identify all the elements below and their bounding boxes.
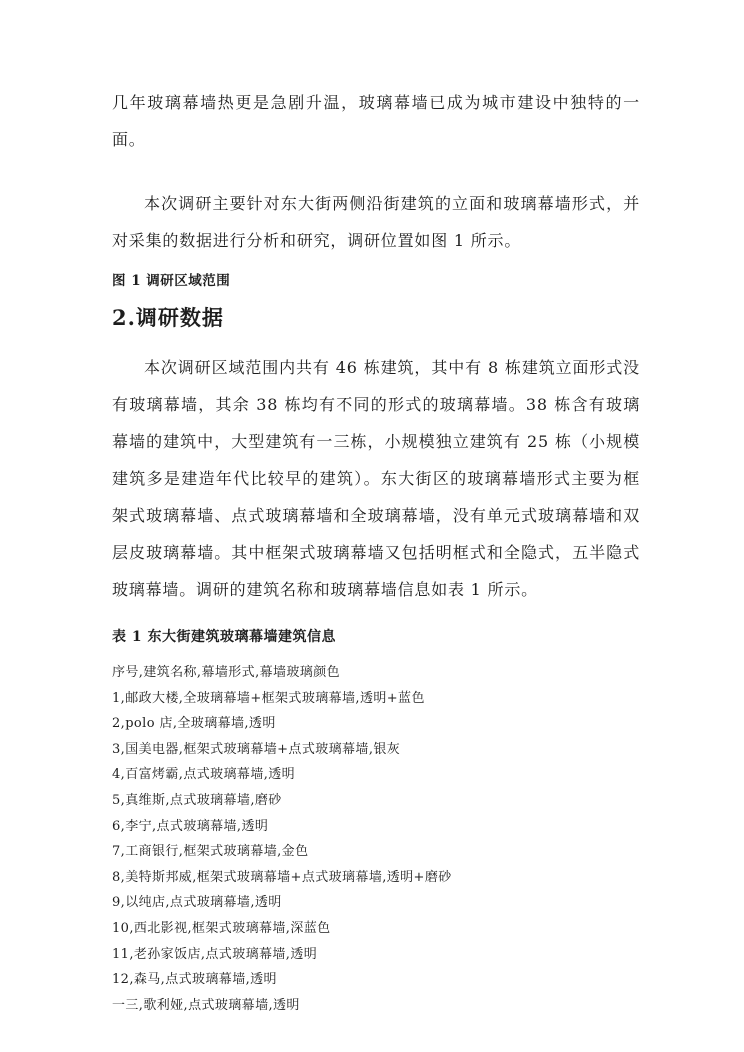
document-page: 几年玻璃幕墙热更是急剧升温，玻璃幕墙已成为城市建设中独特的一面。 本次调研主要针… xyxy=(0,0,744,1052)
table-row: 5,真维斯,点式玻璃幕墙,磨砂 xyxy=(112,788,640,814)
paragraph-survey-results: 本次调研区域范围内共有 46 栋建筑，其中有 8 栋建筑立面形式没有玻璃幕墙，其… xyxy=(112,349,640,608)
paragraph-survey-scope: 本次调研主要针对东大街两侧沿街建筑的立面和玻璃幕墙形式，并对采集的数据进行分析和… xyxy=(112,185,640,259)
table-row: 11,老孙家饭店,点式玻璃幕墙,透明 xyxy=(112,942,640,968)
figure-1-caption: 图 1 调研区域范围 xyxy=(112,271,640,291)
page-content: 几年玻璃幕墙热更是急剧升温，玻璃幕墙已成为城市建设中独特的一面。 本次调研主要针… xyxy=(112,84,640,1018)
table-row: 3,国美电器,框架式玻璃幕墙+点式玻璃幕墙,银灰 xyxy=(112,737,640,763)
table-row: 1,邮政大楼,全玻璃幕墙+框架式玻璃幕墙,透明+蓝色 xyxy=(112,686,640,712)
table-1-title: 表 1 东大街建筑玻璃幕墙建筑信息 xyxy=(112,627,640,647)
table-row: 12,森马,点式玻璃幕墙,透明 xyxy=(112,967,640,993)
table-row: 6,李宁,点式玻璃幕墙,透明 xyxy=(112,814,640,840)
table-row: 一三,歌利娅,点式玻璃幕墙,透明 xyxy=(112,993,640,1019)
table-row: 7,工商银行,框架式玻璃幕墙,金色 xyxy=(112,839,640,865)
paragraph-continuation: 几年玻璃幕墙热更是急剧升温，玻璃幕墙已成为城市建设中独特的一面。 xyxy=(112,84,640,158)
table-row: 8,美特斯邦威,框架式玻璃幕墙+点式玻璃幕墙,透明+磨砂 xyxy=(112,865,640,891)
table-row: 9,以纯店,点式玻璃幕墙,透明 xyxy=(112,890,640,916)
table-row: 4,百富烤霸,点式玻璃幕墙,透明 xyxy=(112,762,640,788)
table-row: 10,西北影视,框架式玻璃幕墙,深蓝色 xyxy=(112,916,640,942)
table-1-data: 序号,建筑名称,幕墙形式,幕墙玻璃颜色 1,邮政大楼,全玻璃幕墙+框架式玻璃幕墙… xyxy=(112,660,640,1018)
section-heading-survey-data: 2.调研数据 xyxy=(112,304,640,332)
table-header-row: 序号,建筑名称,幕墙形式,幕墙玻璃颜色 xyxy=(112,660,640,686)
table-row: 2,polo 店,全玻璃幕墙,透明 xyxy=(112,711,640,737)
